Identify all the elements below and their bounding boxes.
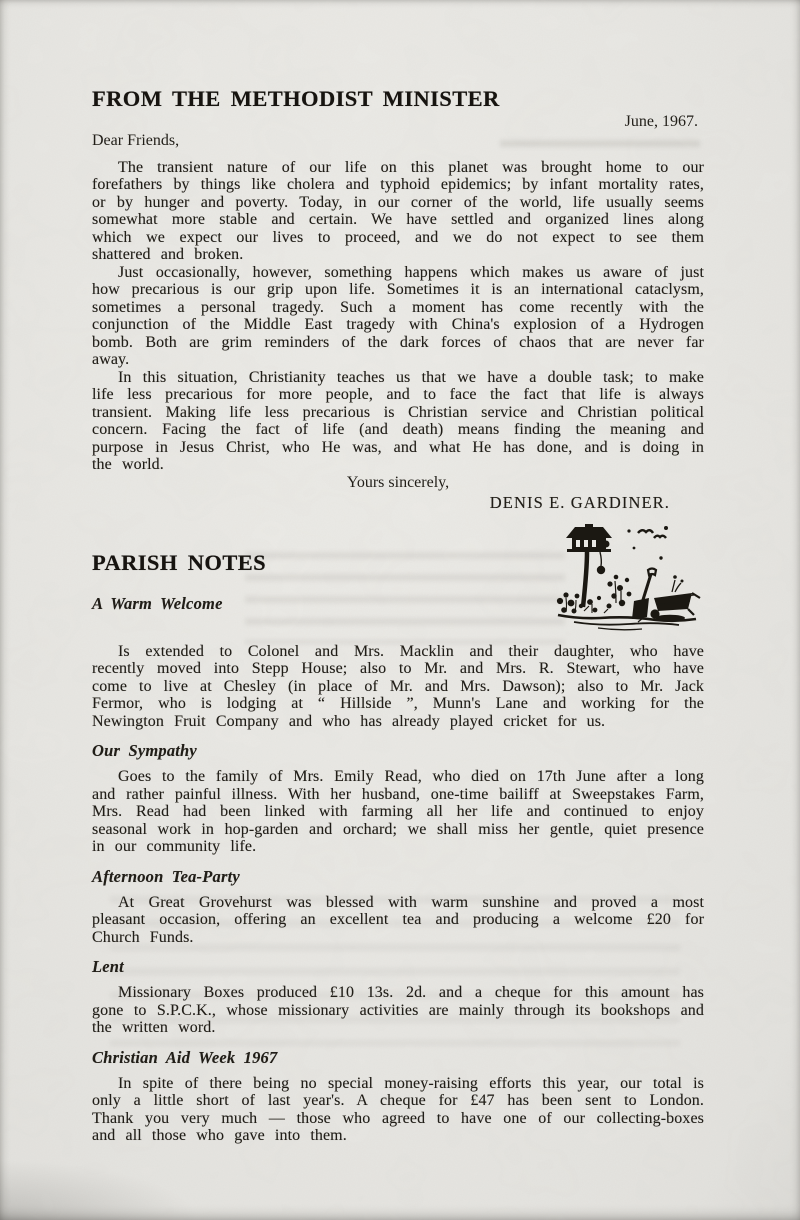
scanned-newsletter-page: FROM THE METHODIST MINISTER June, 1967. … — [0, 0, 800, 1220]
parish-notes-section: PARISH NOTES A Warm Welcome Is extended … — [92, 551, 704, 1145]
wheelbarrow-icon — [650, 593, 700, 621]
bird-table-icon — [566, 524, 612, 607]
letter-signature: DENIS E. GARDINER. — [92, 494, 704, 512]
note-body-warm-welcome: Is extended to Colonel and Mrs. Macklin … — [92, 643, 704, 731]
note-body-lent: Missionary Boxes produced £10 13s. 2d. a… — [92, 984, 704, 1037]
letter-paragraph-1: The transient nature of our life on this… — [92, 159, 704, 264]
letter-paragraph-3: In this situation, Christianity teaches … — [92, 369, 704, 474]
letter-salutation: Dear Friends, — [92, 132, 704, 150]
letter-closing: Yours sincerely, — [92, 474, 704, 492]
note-title-tea-party: Afternoon Tea-Party — [92, 868, 704, 886]
note-title-our-sympathy: Our Sympathy — [92, 742, 704, 760]
note-title-lent: Lent — [92, 958, 704, 976]
note-body-tea-party: At Great Grovehurst was blessed with war… — [92, 894, 704, 947]
garden-vignette-illustration — [554, 518, 704, 636]
note-title-christian-aid-week: Christian Aid Week 1967 — [92, 1049, 704, 1067]
letter-date: June, 1967. — [92, 113, 704, 131]
minister-letter-section: FROM THE METHODIST MINISTER June, 1967. … — [92, 86, 704, 512]
letter-heading: FROM THE METHODIST MINISTER — [92, 86, 704, 112]
garden-vignette-svg — [554, 518, 704, 636]
letter-paragraph-2: Just occasionally, however, something ha… — [92, 264, 704, 369]
flying-birds-icon — [627, 526, 668, 560]
note-body-christian-aid-week: In spite of there being no special money… — [92, 1075, 704, 1145]
note-body-our-sympathy: Goes to the family of Mrs. Emily Read, w… — [92, 768, 704, 856]
